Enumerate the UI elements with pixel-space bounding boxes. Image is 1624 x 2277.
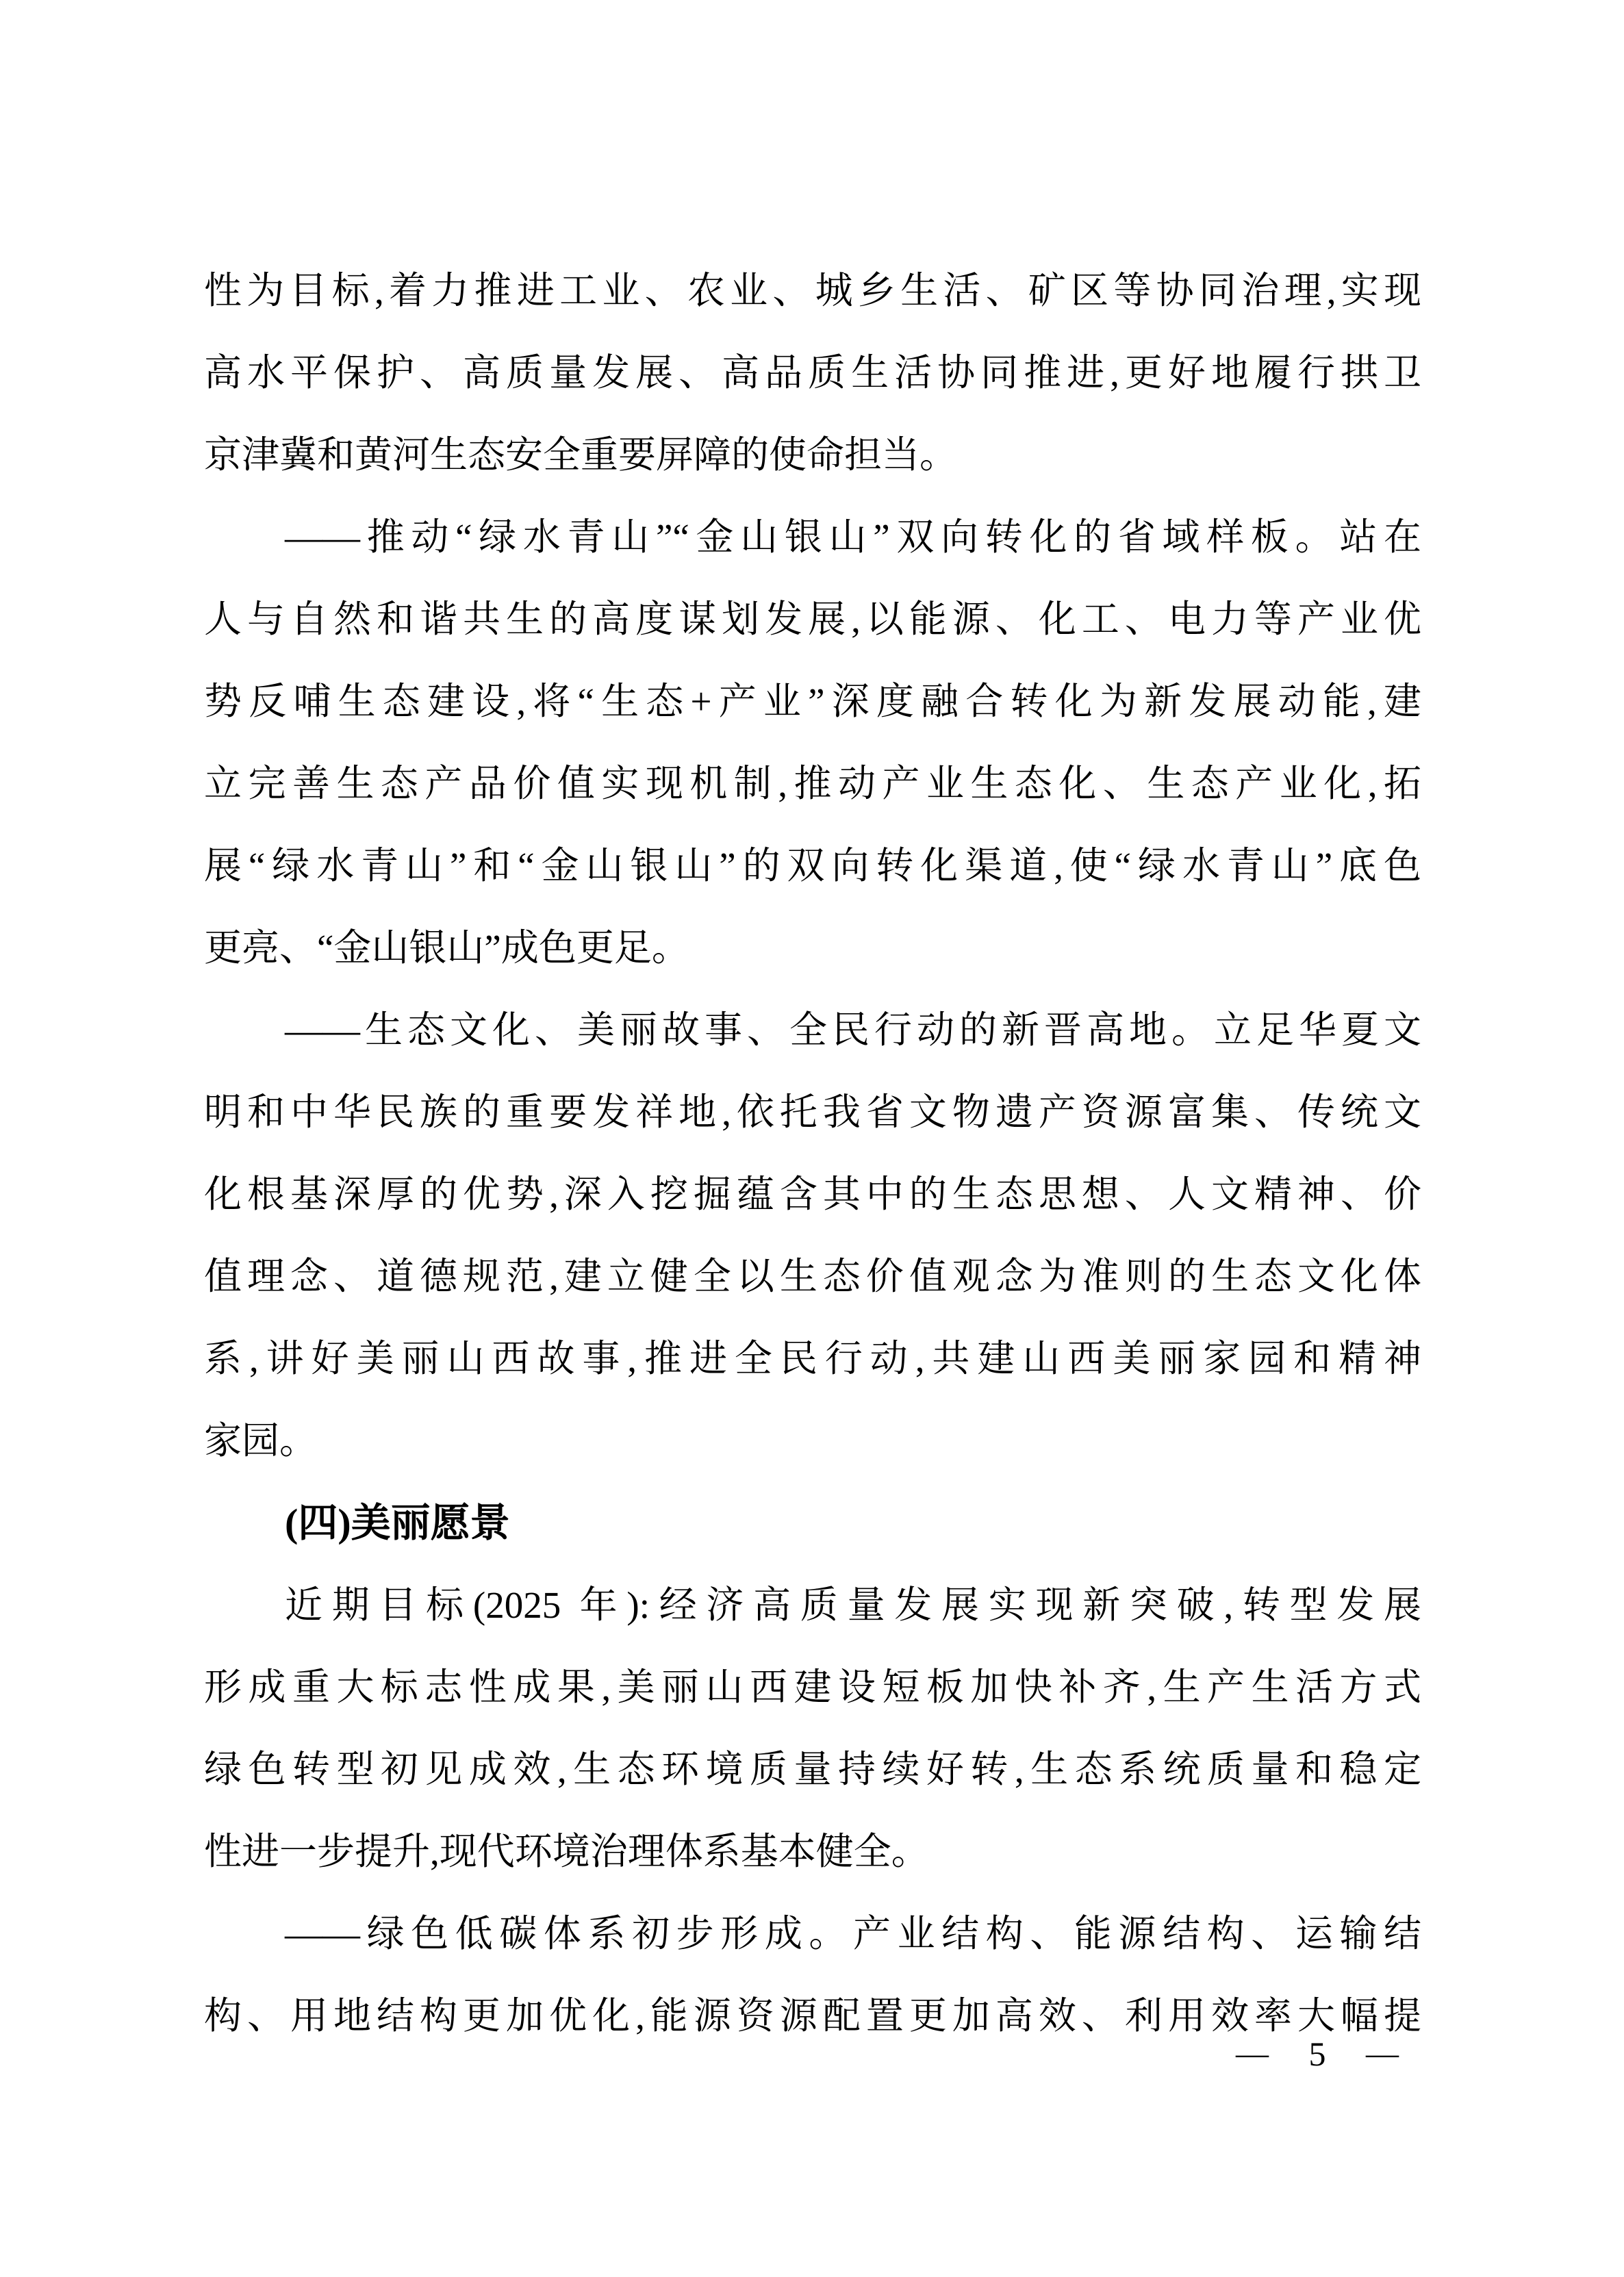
document-page: 性为目标,着力推进工业、农业、城乡生活、矿区等协同治理,实现 高水平保护、高质量… xyxy=(0,0,1624,2277)
body-line-06: 势反哺生态建设,将“生态+产业”深度融合转化为新发展动能,建 xyxy=(204,661,1421,743)
body-line-13: 值理念、道德规范,建立健全以生态价值观念为准则的生态文化体 xyxy=(204,1236,1421,1318)
body-line-20: 性进一步提升,现代环境治理体系基本健全。 xyxy=(204,1811,1421,1893)
body-line-15: 家园。 xyxy=(204,1400,1421,1482)
document-body: 性为目标,着力推进工业、农业、城乡生活、矿区等协同治理,实现 高水平保护、高质量… xyxy=(204,250,1421,2057)
paragraph-start-eco-culture: ——生态文化、美丽故事、全民行动的新晋高地。立足华夏文 xyxy=(204,989,1421,1071)
page-footer: — 5 — xyxy=(1236,2026,1399,2081)
body-line-07: 立完善生态产品价值实现机制,推动产业生态化、生态产业化,拓 xyxy=(204,743,1421,825)
section-heading-beautiful-vision: (四)美丽愿景 xyxy=(204,1482,1421,1564)
body-line-03: 京津冀和黄河生态安全重要屏障的使命担当。 xyxy=(204,414,1421,496)
body-line-12: 化根基深厚的优势,深入挖掘蕴含其中的生态思想、人文精神、价 xyxy=(204,1154,1421,1236)
body-line-18: 形成重大标志性成果,美丽山西建设短板加快补齐,生产生活方式 xyxy=(204,1646,1421,1729)
body-line-08: 展“绿水青山”和“金山银山”的双向转化渠道,使“绿水青山”底色 xyxy=(204,825,1421,907)
paragraph-start-green-low-carbon: ——绿色低碳体系初步形成。产业结构、能源结构、运输结 xyxy=(204,1893,1421,1975)
paragraph-start-green-gold-mountains: ——推动“绿水青山”“金山银山”双向转化的省域样板。站在 xyxy=(204,496,1421,578)
body-line-09: 更亮、“金山银山”成色更足。 xyxy=(204,907,1421,989)
body-line-14: 系,讲好美丽山西故事,推进全民行动,共建山西美丽家园和精神 xyxy=(204,1318,1421,1400)
paragraph-start-near-term-goal-2025: 近期目标(2025 年):经济高质量发展实现新突破,转型发展 xyxy=(204,1564,1421,1646)
body-line-11: 明和中华民族的重要发祥地,依托我省文物遗产资源富集、传统文 xyxy=(204,1071,1421,1154)
body-line-01: 性为目标,着力推进工业、农业、城乡生活、矿区等协同治理,实现 xyxy=(204,250,1421,332)
footer-dash-left: — xyxy=(1236,2026,1269,2081)
body-line-05: 人与自然和谐共生的高度谋划发展,以能源、化工、电力等产业优 xyxy=(204,578,1421,661)
body-line-19: 绿色转型初见成效,生态环境质量持续好转,生态系统质量和稳定 xyxy=(204,1729,1421,1811)
body-line-02: 高水平保护、高质量发展、高品质生活协同推进,更好地履行拱卫 xyxy=(204,332,1421,414)
page-number: 5 xyxy=(1309,2026,1326,2081)
footer-dash-right: — xyxy=(1366,2026,1399,2081)
